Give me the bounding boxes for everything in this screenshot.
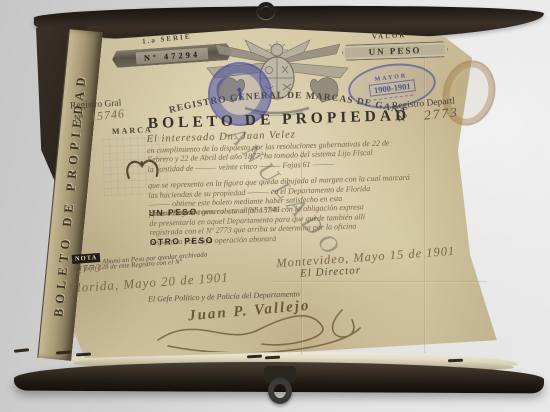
- otro-peso-printed: OTRO PESO: [150, 236, 214, 247]
- round-stamp-value: 1: [234, 83, 246, 104]
- hanging-ring-bottom-icon: [268, 378, 292, 404]
- fold-crease: [272, 281, 487, 283]
- stitch-mark: [14, 348, 29, 352]
- photo-of-certificate: BOLETO DE PROPIEDAD 1.a SERIE Nº 47294 V…: [0, 0, 550, 412]
- stitch-mark: [448, 359, 463, 362]
- valor-value: UN PESO: [368, 45, 421, 57]
- signature-flourish: [146, 300, 376, 352]
- hanging-ring-top-icon: [257, 2, 275, 19]
- nota-line2-value: 2773: [76, 263, 102, 276]
- registro-gral-no: Nº: [74, 113, 84, 123]
